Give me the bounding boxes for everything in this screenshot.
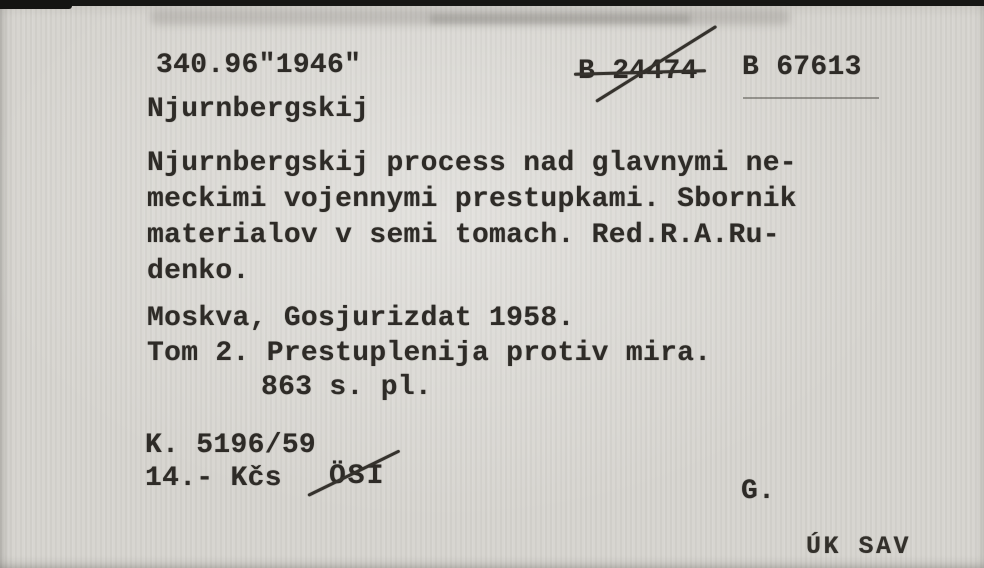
title-paragraph: Njurnbergskij process nad glavnymi ne- m… (147, 146, 797, 290)
collation: 863 s. pl. (261, 372, 432, 403)
title-line: materialov v semi tomach. Red.R.A.Ru- (147, 218, 797, 254)
title-line: denko. (147, 254, 797, 290)
classification-number: 340.96"1946" (156, 50, 361, 81)
accession-number: K. 5196/59 (145, 430, 316, 461)
title-line: meckimi vojennymi prestupkami. Sbornik (147, 182, 797, 218)
title-line: Njurnbergskij process nad glavnymi ne- (147, 146, 797, 182)
crossed-out-note: ÖSI (329, 461, 385, 492)
call-number: B 67613 (742, 52, 862, 83)
catalog-card: 340.96"1946" Njurnbergskij B 24474 B 676… (0, 0, 984, 568)
ghost-text-smudge-2 (430, 14, 690, 24)
imprint-line: Moskva, Gosjurizdat 1958. (147, 303, 575, 334)
cataloguer-initials: G. (741, 476, 775, 507)
heading-entry: Njurnbergskij (147, 94, 369, 125)
price: 14.- Kčs (145, 463, 282, 494)
scan-edge-blob (0, 0, 72, 9)
volume-note: Tom 2. Prestuplenija protiv mira. (147, 338, 711, 369)
library-stamp: ÚK SAV (806, 532, 911, 561)
call-number-underline (743, 97, 879, 99)
scan-edge-bar (0, 0, 984, 6)
